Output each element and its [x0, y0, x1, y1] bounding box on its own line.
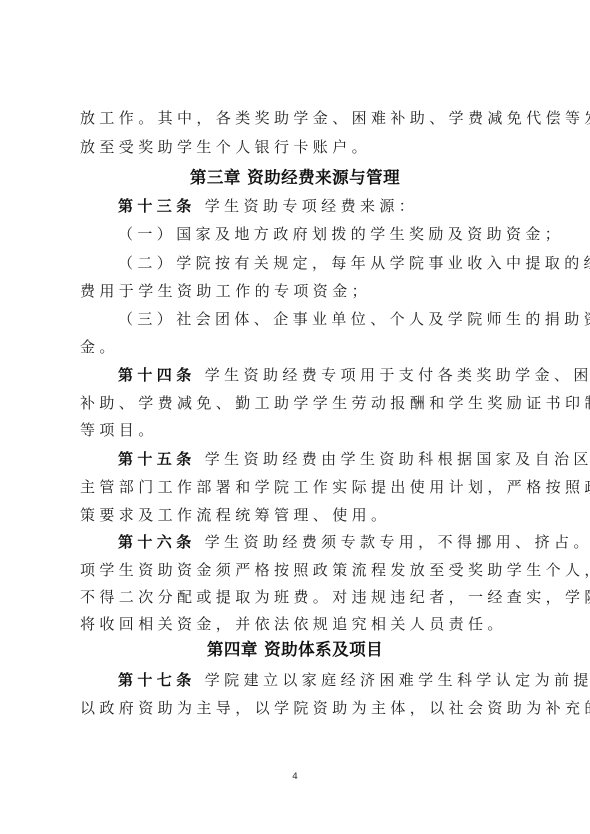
- paragraph-line: 等项目。: [80, 421, 520, 439]
- paragraph-line: 费用于学生资助工作的专项资金；: [80, 282, 520, 300]
- article-label: 第十四条: [118, 366, 196, 384]
- paragraph-line: 放工作。其中，各类奖助学金、困难补助、学费减免代偿等发: [80, 109, 520, 127]
- paragraph-line: 金。: [80, 338, 520, 356]
- article-line: 第十五条 学生资助经费由学生资助科根据国家及自治区: [118, 450, 558, 468]
- paragraph-line: （三）社会团体、企事业单位、个人及学院师生的捐助资: [118, 310, 558, 328]
- article-label: 第十七条: [118, 671, 196, 689]
- article-label: 第十六条: [118, 533, 196, 551]
- paragraph-line: 放至受奖助学生个人银行卡账户。: [80, 138, 520, 156]
- article-text: 学生资助经费由学生资助科根据国家及自治区: [196, 450, 590, 468]
- article-line: 第十三条 学生资助专项经费来源：: [118, 197, 558, 215]
- paragraph-line: （二）学院按有关规定，每年从学院事业收入中提取的经: [118, 254, 558, 272]
- article-text: 学生资助经费须专款专用，不得挪用、挤占。各: [196, 533, 590, 551]
- paragraph-line: 主管部门工作部署和学院工作实际提出使用计划，严格按照政: [80, 478, 520, 496]
- article-text: 学生资助经费专项用于支付各类奖助学金、困难: [196, 366, 590, 384]
- paragraph-line: 以政府资助为主导，以学院资助为主体，以社会资助为补充的: [80, 699, 520, 717]
- chapter-heading: 第四章 资助体系及项目: [0, 640, 590, 660]
- article-label: 第十五条: [118, 450, 196, 468]
- paragraph-line: 策要求及工作流程统筹管理、使用。: [80, 506, 520, 524]
- paragraph-line: 项学生资助资金须严格按照政策流程发放至受奖助学生个人，: [80, 561, 520, 579]
- article-line: 第十六条 学生资助经费须专款专用，不得挪用、挤占。各: [118, 533, 558, 551]
- page-number: 4: [0, 772, 590, 782]
- document-page: 放工作。其中，各类奖助学金、困难补助、学费减免代偿等发 放至受奖助学生个人银行卡…: [0, 0, 590, 834]
- article-text: 学院建立以家庭经济困难学生科学认定为前提，: [196, 671, 590, 689]
- paragraph-line: 补助、学费减免、勤工助学学生劳动报酬和学生奖励证书印制: [80, 394, 520, 412]
- chapter-heading: 第三章 资助经费来源与管理: [0, 168, 590, 188]
- article-label: 第十三条: [118, 197, 196, 215]
- paragraph-line: （一）国家及地方政府划拨的学生奖励及资助资金；: [118, 225, 558, 243]
- article-line: 第十四条 学生资助经费专项用于支付各类奖助学金、困难: [118, 366, 558, 384]
- article-line: 第十七条 学院建立以家庭经济困难学生科学认定为前提，: [118, 671, 558, 689]
- paragraph-line: 不得二次分配或提取为班费。对违规违纪者，一经查实，学院: [80, 588, 520, 606]
- paragraph-line: 将收回相关资金，并依法依规追究相关人员责任。: [80, 615, 520, 633]
- article-text: 学生资助专项经费来源：: [196, 197, 419, 215]
